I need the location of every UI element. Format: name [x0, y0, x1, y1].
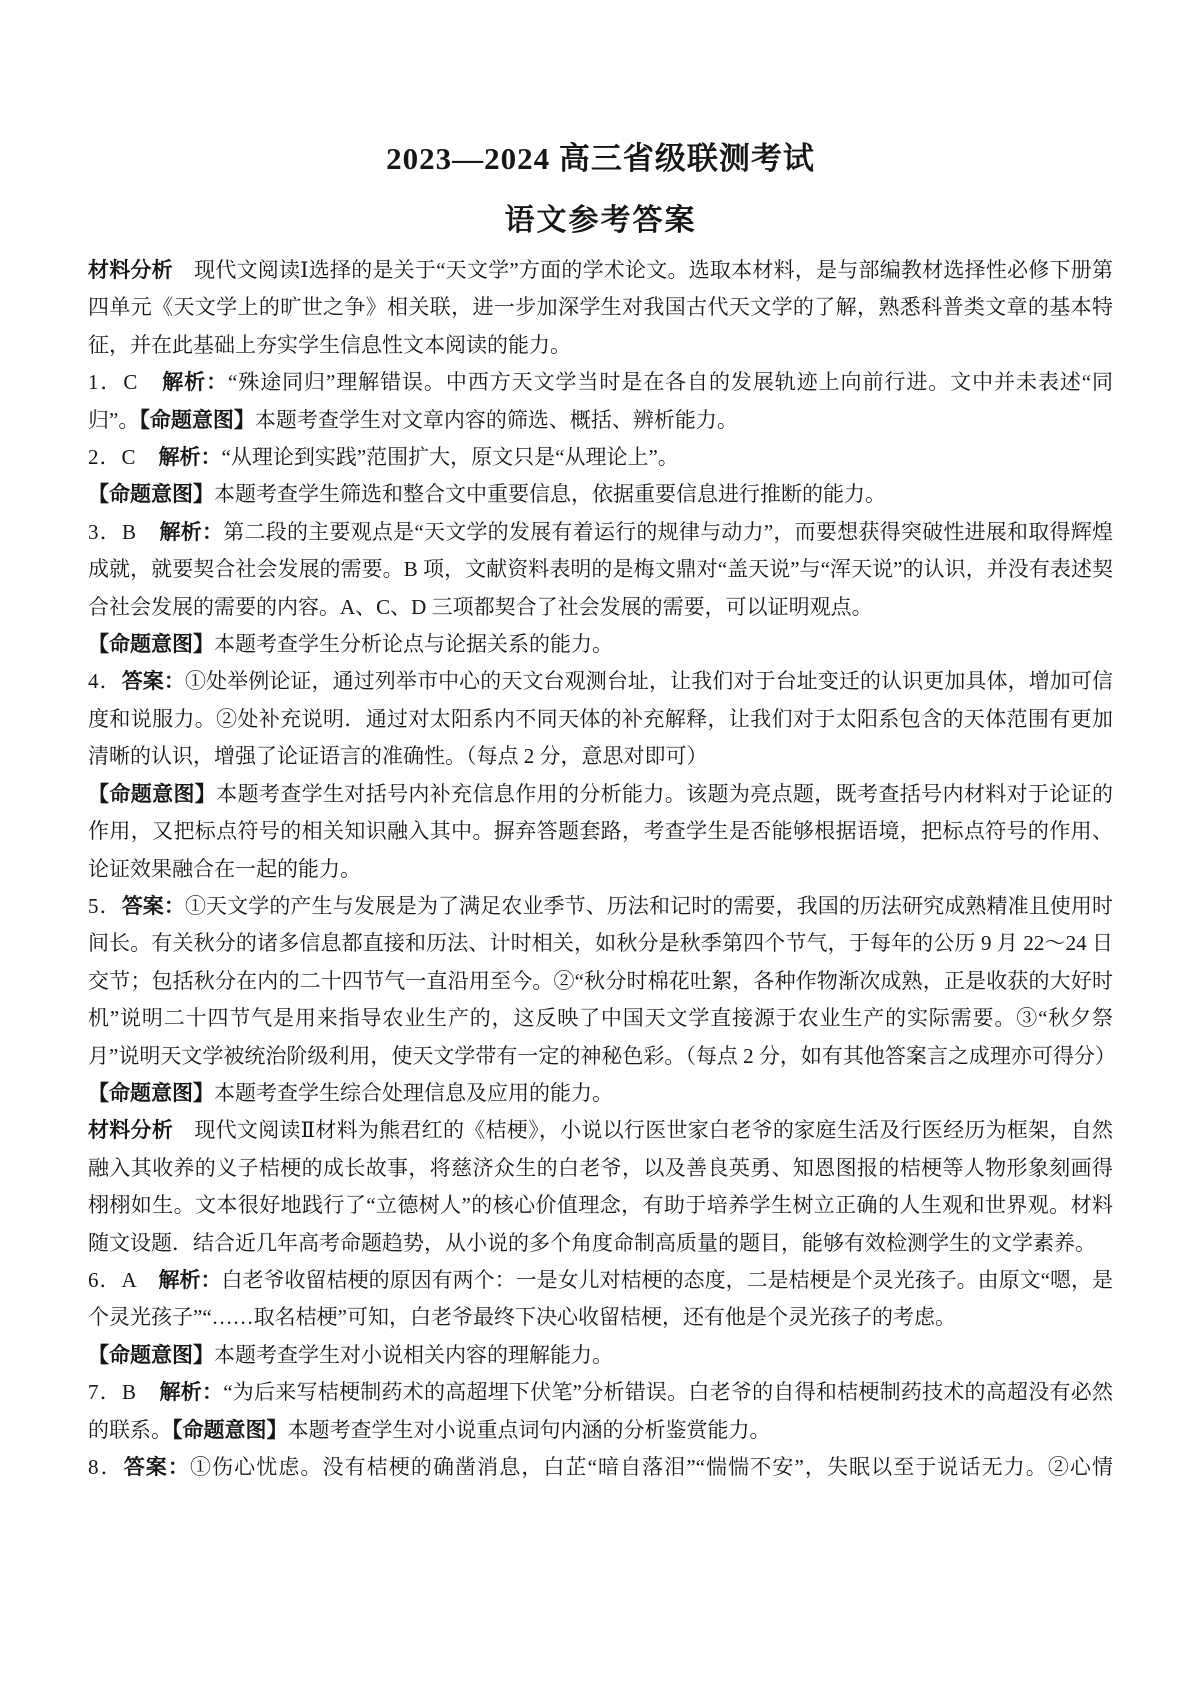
text-segment: “从理论到实践”范围扩大，原文只是“从理论上”。	[222, 445, 679, 469]
text-segment: 本题考查学生对小说重点词句内涵的分析鉴赏能力。	[288, 1418, 771, 1442]
question-5-head: 5．	[88, 894, 122, 918]
question-1-answer: 1．C 解析：“殊途同归”理解错误。中西方天文学当时是在各自的发展轨迹上向前行进…	[88, 364, 1113, 439]
text-segment: 本题考查学生筛选和整合文中重要信息，依据重要信息进行推断的能力。	[214, 482, 886, 506]
question-8-head: 8．	[88, 1455, 124, 1479]
text-segment: 本题考查学生对文章内容的筛选、概括、辨析能力。	[255, 408, 738, 432]
material-analysis-2: 材料分析 现代文阅读Ⅱ材料为熊君红的《桔梗》，小说以行医世家白老爷的家庭生活及行…	[88, 1112, 1113, 1262]
answer-body: 材料分析 现代文阅读Ⅰ选择的是关于“天文学”方面的学术论文。选取本材料，是与部编…	[88, 252, 1113, 1486]
question-2-answer: 2．C 解析：“从理论到实践”范围扩大，原文只是“从理论上”。	[88, 439, 1113, 476]
intent-label: 【命题意图】	[88, 483, 214, 506]
question-6-intent: 【命题意图】本题考查学生对小说相关内容的理解能力。	[88, 1337, 1113, 1374]
text-segment: 本题考查学生综合处理信息及应用的能力。	[214, 1081, 613, 1105]
question-4-answer: 4．答案：①处举例论证，通过列举市中心的天文台观测台址，让我们对于台址变迁的认识…	[88, 663, 1113, 775]
analysis-label: 解析：	[159, 521, 223, 544]
answer-key-page: 2023—2024 高三省级联测考试 语文参考答案 材料分析 现代文阅读Ⅰ选择的…	[0, 0, 1200, 1698]
text-segment: 白老爷收留桔梗的原因有两个：一是女儿对桔梗的态度，二是桔梗是个灵光孩子。由原文“…	[88, 1268, 1113, 1329]
question-1-head: 1．C	[88, 370, 162, 394]
question-2-intent: 【命题意图】本题考查学生筛选和整合文中重要信息，依据重要信息进行推断的能力。	[88, 476, 1113, 513]
material-analysis-1: 材料分析 现代文阅读Ⅰ选择的是关于“天文学”方面的学术论文。选取本材料，是与部编…	[88, 252, 1113, 364]
text-segment: ①天文学的产生与发展是为了满足农业季节、历法和记时的需要，我国的历法研究成熟精准…	[88, 894, 1116, 1068]
text-segment: 现代文阅读Ⅰ选择的是关于“天文学”方面的学术论文。选取本材料，是与部编教材选择性…	[88, 258, 1113, 357]
text-segment: 本题考查学生对小说相关内容的理解能力。	[214, 1343, 613, 1367]
answer-label: 答案：	[122, 895, 185, 918]
intent-label: 【命题意图】	[88, 633, 214, 656]
analysis-label: 解析：	[159, 1269, 222, 1292]
question-6-answer: 6．A 解析：白老爷收留桔梗的原因有两个：一是女儿对桔梗的态度，二是桔梗是个灵光…	[88, 1262, 1113, 1337]
material-analysis-label: 材料分析	[88, 1119, 173, 1142]
question-7-head: 7．B	[88, 1380, 159, 1404]
answer-label: 答案：	[122, 670, 185, 693]
question-5-answer: 5．答案：①天文学的产生与发展是为了满足农业季节、历法和记时的需要，我国的历法研…	[88, 888, 1113, 1112]
question-8-answer: 8．答案：①伤心忧虑。没有桔梗的确凿消息，白芷“暗自落泪”“惴惴不安”，失眠以至…	[88, 1449, 1113, 1486]
intent-label: 【命题意图】	[88, 1344, 214, 1367]
material-analysis-label: 材料分析	[88, 259, 173, 282]
analysis-label: 解析：	[162, 371, 228, 394]
question-7-answer: 7．B 解析：“为后来写桔梗制药术的高超埋下伏笔”分析错误。白老爷的自得和桔梗制…	[88, 1374, 1113, 1449]
question-3-answer: 3．B 解析：第二段的主要观点是“天文学的发展有着运行的规律与动力”，而要想获得…	[88, 514, 1113, 626]
text-segment: 现代文阅读Ⅱ材料为熊君红的《桔梗》，小说以行医世家白老爷的家庭生活及行医经历为框…	[88, 1118, 1113, 1254]
analysis-label: 解析：	[159, 1381, 223, 1404]
intent-label: 【命题意图】	[88, 783, 216, 806]
text-segment: 第二段的主要观点是“天文学的发展有着运行的规律与动力”，而要想获得突破性进展和取…	[88, 520, 1113, 619]
question-2-head: 2．C	[88, 445, 159, 469]
text-segment: ①处举例论证，通过列举市中心的天文台观测台址，让我们对于台址变迁的认识更加具体，…	[88, 669, 1113, 768]
answer-label: 答案：	[124, 1456, 190, 1479]
intent-label: 【命题意图】	[139, 409, 255, 432]
exam-title: 2023—2024 高三省级联测考试	[88, 140, 1113, 177]
question-3-intent: 【命题意图】本题考查学生分析论点与论据关系的能力。	[88, 626, 1113, 663]
question-4-intent: 【命题意图】本题考查学生对括号内补充信息作用的分析能力。该题为亮点题，既考查括号…	[88, 776, 1113, 888]
intent-label: 【命题意图】	[88, 1082, 214, 1105]
question-3-head: 3．B	[88, 520, 159, 544]
text-segment: 本题考查学生分析论点与论据关系的能力。	[214, 632, 613, 656]
question-4-head: 4．	[88, 669, 122, 693]
answer-key-subtitle: 语文参考答案	[88, 203, 1113, 239]
question-6-head: 6．A	[88, 1268, 159, 1292]
text-segment: ①伤心忧虑。没有桔梗的确凿消息，白芷“暗自落泪”“惴惴不安”，失眠以至于说话无力…	[190, 1455, 1113, 1479]
intent-label: 【命题意图】	[172, 1419, 288, 1442]
text-segment: 本题考查学生对括号内补充信息作用的分析能力。该题为亮点题，既考查括号内材料对于论…	[88, 782, 1113, 881]
analysis-label: 解析：	[159, 446, 222, 469]
